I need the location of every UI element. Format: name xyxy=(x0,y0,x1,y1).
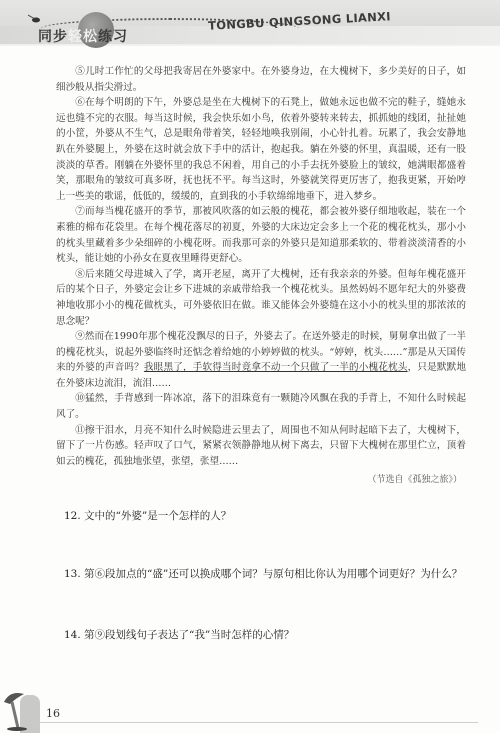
question-text: 第⑨段划线句子表达了“我”当时怎样的心情？ xyxy=(84,629,294,641)
question-text: 第⑥段加点的“盛”还可以换成哪个词？与原句相比你认为用哪个词更好？为什么？ xyxy=(84,568,462,580)
series-title-part1: 同步 xyxy=(38,29,68,45)
paragraph-11: ⑪擦干泪水，月亮不知什么时候隐进云里去了，周围也不知从何时起暗下去了，大槐树下，… xyxy=(56,423,466,470)
question-13: 13. 第⑥段加点的“盛”还可以换成哪个词？与原句相比你认为用哪个词更好？为什么… xyxy=(64,566,462,581)
series-title: 同步轻松练习 xyxy=(38,26,128,46)
series-title-highlight: 轻松 xyxy=(68,29,98,45)
question-12: 12. 文中的“外婆”是一个怎样的人？ xyxy=(64,508,231,523)
series-title-part2: 练习 xyxy=(98,29,128,45)
paragraph-6: ⑥在每个明朗的下午，外婆总是坐在大槐树下的石凳上，做她永远也做不完的鞋子，缝她永… xyxy=(56,95,466,204)
question-number: 12. xyxy=(64,510,81,522)
question-number: 13. xyxy=(64,568,81,580)
footer-divider xyxy=(38,722,478,723)
reading-passage: ⑤儿时工作忙的父母把我寄居在外婆家中。在外婆身边，在大槐树下，多少美好的日子，如… xyxy=(56,64,466,489)
question-14: 14. 第⑨段划线句子表达了“我”当时怎样的心情？ xyxy=(64,627,294,642)
mushroom-icon xyxy=(2,688,38,733)
paragraph-8: ⑧后来随父母进城入了学，离开老屋，离开了大槐树，还有我亲亲的外婆。但每年槐花盛开… xyxy=(56,267,466,329)
source-citation: （节选自《孤独之旅》） xyxy=(56,473,466,489)
paragraph-10: ⑩猛然，手背感到一阵冰凉，落下的泪珠竟有一颗随冷风飘在我的手背上，不知什么时候起… xyxy=(56,391,466,422)
underlined-sentence: 我眼黑了，手软得当时竟拿不动一个只做了一半的小槐花枕头 xyxy=(144,362,408,373)
question-number: 14. xyxy=(64,629,81,641)
page-number: 16 xyxy=(46,707,60,720)
paragraph-9: ⑨然而在1990年那个槐花没飘尽的日子，外婆去了。在送外婆走的时候，舅舅拿出做了… xyxy=(56,329,466,391)
paragraph-5: ⑤儿时工作忙的父母把我寄居在外婆家中。在外婆身边，在大槐树下，多少美好的日子，如… xyxy=(56,64,466,95)
paragraph-7: ⑦而每当槐花盛开的季节，那被风吹落的如云般的槐花，都会被外婆仔细地收起，装在一个… xyxy=(56,204,466,266)
dragonfly-icon xyxy=(28,14,42,24)
page-header: 同步轻松练习 TONGBU QINGSONG LIANXI xyxy=(0,0,500,46)
question-text: 文中的“外婆”是一个怎样的人？ xyxy=(84,510,231,522)
